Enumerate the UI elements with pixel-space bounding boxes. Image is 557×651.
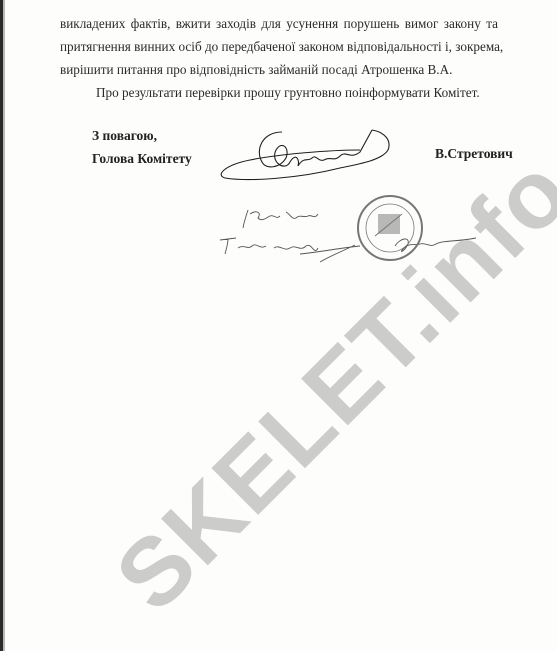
signature-icon (221, 130, 389, 180)
